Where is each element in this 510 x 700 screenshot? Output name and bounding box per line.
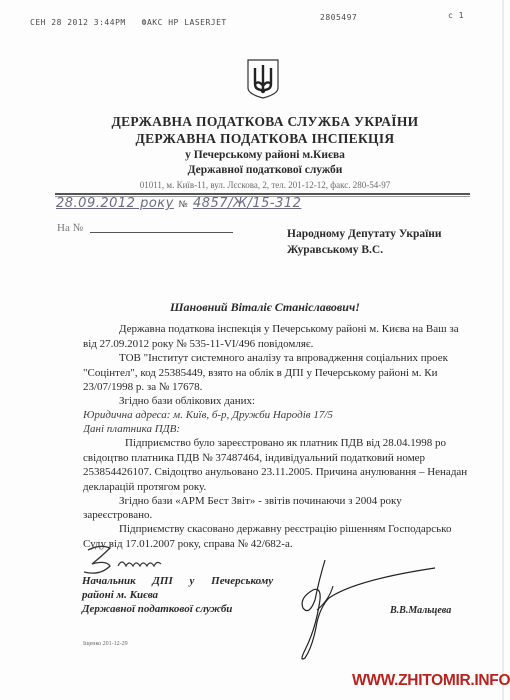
- incoming-ref-line: [90, 232, 233, 233]
- body-line: декларацій протягом року.: [83, 480, 508, 495]
- signatory-title: Начальник ДПІ у Печерському районі м. Ки…: [82, 574, 273, 616]
- reference-number: 4857/Ж/15-312: [193, 196, 301, 211]
- body-line: Згідно бази облікових даних:: [83, 394, 508, 409]
- org-subtitle: Державної податкової служби: [0, 164, 510, 176]
- incoming-ref-label: На №: [57, 222, 83, 234]
- body-line: 23/07/1998 р. за № 17678.: [83, 380, 508, 395]
- fax-number: 2805497: [320, 13, 357, 22]
- recipient-title: Народному Депутату України: [287, 226, 442, 242]
- source-watermark: WWW.ZHITOMIR.INFO: [352, 672, 510, 690]
- org-name-inspection: ДЕРЖАВНА ПОДАТКОВА ІНСПЕКЦІЯ: [0, 131, 510, 147]
- recipient-name: Журавському В.С.: [287, 242, 442, 258]
- body-line: Підприємству скасовано державну реєстрац…: [83, 522, 508, 537]
- body-line: "Соцінтел", код 25385449, взято на облік…: [83, 366, 508, 381]
- salutation: Шановний Віталіє Станіславович!: [0, 300, 510, 315]
- body-line: Згідно бази «АРМ Бест Звіт» - звітів поч…: [83, 494, 508, 509]
- recipient-block: Народному Депутату України Журавському В…: [287, 226, 442, 258]
- outgoing-reference: 28.09.2012 року № 4857/Ж/15-312: [56, 196, 301, 211]
- org-district: у Печерському районі м.Києва: [0, 149, 510, 161]
- body-line: Державна податкова інспекція у Печерсько…: [83, 322, 508, 337]
- ukraine-trident-icon: [246, 58, 280, 100]
- fax-page: с 1: [448, 11, 464, 20]
- body-line: свідоцтво платника ПДВ № 37487464, індив…: [83, 451, 508, 466]
- legal-address: Юридична адреса: м. Київ, б-р, Дружби На…: [83, 408, 508, 423]
- body-line: 253854426107. Свідоцтво анульовано 23.11…: [83, 465, 508, 480]
- signatory-title-line2: районі м. Києва: [82, 588, 273, 602]
- reference-date: 28.09.2012 року: [56, 196, 174, 211]
- document-page: СЕН 28 2012 3:44PM ФAKC HP LASERJET 2805…: [0, 0, 510, 700]
- body-line: зареєстровано.: [83, 508, 508, 523]
- org-address: 01011, м. Київ-11, вул. Лєскова, 2, тел.…: [0, 180, 510, 190]
- fax-timestamp-device: СЕН 28 2012 3:44PM ФAKC HP LASERJET: [30, 18, 227, 27]
- body-line: Підприємство було зареєстровано як платн…: [83, 436, 508, 451]
- vat-data-label: Дані платника ПДВ:: [83, 422, 508, 437]
- signatory-title-line3: Державної податкової служби: [82, 602, 273, 616]
- reference-no-label: №: [178, 200, 188, 210]
- org-name-service: ДЕРЖАВНА ПОДАТКОВА СЛУЖБА УКРАЇНИ: [0, 114, 510, 130]
- header-rule: [55, 193, 470, 195]
- fax-device: ФAKC HP LASERJET: [142, 18, 227, 27]
- signatory-title-line1: Начальник ДПІ у Печерському: [82, 574, 273, 588]
- body-line: ТОВ "Інститут системного аналізу та впро…: [83, 351, 508, 366]
- body-line: від 27.09.2012 року № 535-11-VI/496 пові…: [83, 337, 508, 352]
- fax-timestamp: СЕН 28 2012 3:44PM: [30, 18, 126, 27]
- executor-note: Іщенко 201-12-29: [83, 641, 128, 647]
- signatory-name: В.В.Мальцева: [390, 605, 451, 616]
